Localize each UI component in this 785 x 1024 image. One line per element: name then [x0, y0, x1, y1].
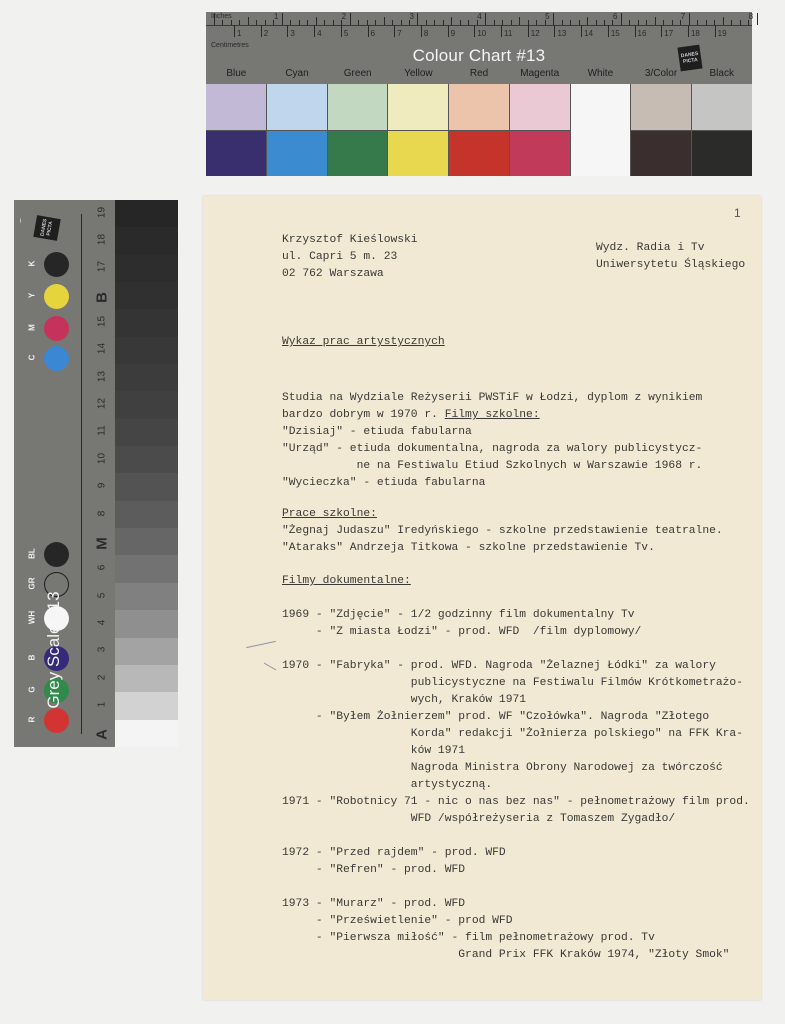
swatch-label: Cyan — [267, 68, 328, 84]
ruler-cm-number: 18 — [691, 29, 700, 38]
swatch-dark — [449, 131, 509, 177]
grey-scale-number: 18 — [97, 230, 108, 250]
color-dot-label: R — [28, 712, 37, 728]
ruler-tick — [314, 25, 315, 37]
colour-swatches — [206, 84, 752, 176]
ruler-tick — [341, 25, 342, 37]
ruler-tick — [688, 25, 689, 37]
ruler-tick — [460, 20, 461, 25]
swatch-light — [510, 84, 570, 130]
ruler-cm-number: 10 — [477, 29, 486, 38]
ruler-tick — [715, 25, 716, 37]
swatch-black — [692, 84, 752, 176]
color-dot-label: K — [28, 256, 37, 272]
ruler-inch-number: 7 — [681, 12, 685, 21]
studies-line-1: Studia na Wydziale Reżyserii PWSTiF w Ło… — [282, 390, 702, 407]
ruler-tick — [604, 20, 605, 25]
grey-scale-number: 1 — [97, 694, 108, 714]
swatch-dark — [692, 131, 752, 177]
ruler-tick — [468, 20, 469, 25]
grey-scale-number: 12 — [97, 394, 108, 414]
ruler-tick — [443, 20, 444, 25]
swatch-red — [449, 84, 509, 176]
ruler-cm-number: 9 — [451, 29, 455, 38]
color-dot-m — [44, 316, 69, 341]
grey-step — [115, 255, 178, 282]
ruler-tick — [494, 20, 495, 25]
ruler-tick — [635, 25, 636, 37]
grey-step — [115, 364, 178, 391]
pencil-mark — [246, 641, 276, 648]
typewritten-page: 1 Krzysztof Kieślowskiul. Capri 5 m. 230… — [203, 196, 761, 1000]
ruler-tick — [316, 17, 317, 25]
swatch-magenta — [510, 84, 570, 176]
text-line: - "Prześwietlenie" - prod WFD — [282, 913, 750, 930]
swatch-label: Green — [327, 68, 388, 84]
school-works-heading: Prace szkolne: — [282, 506, 377, 523]
swatch-label: White — [570, 68, 631, 84]
ruler-tick — [587, 17, 588, 25]
color-dot-label: M — [28, 320, 37, 336]
text-line — [282, 828, 750, 845]
ruler-cm-number: 7 — [397, 29, 401, 38]
ruler-cm-number: 19 — [718, 29, 727, 38]
grey-step — [115, 337, 178, 364]
grey-step — [115, 227, 178, 254]
ruler-cm-number: 17 — [664, 29, 673, 38]
text-line: 1969 - "Zdjęcie" - 1/2 godzinny film dok… — [282, 607, 750, 624]
grey-step — [115, 501, 178, 528]
ruler-cm-number: 11 — [504, 29, 512, 38]
grey-steps — [115, 200, 178, 747]
ruler-tick — [655, 17, 656, 25]
ruler-tick — [723, 17, 724, 25]
ruler-tick — [562, 20, 563, 25]
ruler-tick — [231, 20, 232, 25]
grey-step — [115, 583, 178, 610]
ruler-cm-number: 15 — [611, 29, 620, 38]
text-line — [282, 879, 750, 896]
swatch-white — [571, 84, 631, 176]
grey-step — [115, 528, 178, 555]
ruler-tick — [672, 20, 673, 25]
ruler-cm-number: 16 — [638, 29, 647, 38]
swatch-dark — [267, 131, 327, 177]
ruler-tick — [368, 25, 369, 37]
swatch-label: Magenta — [509, 68, 570, 84]
color-dot-y — [44, 284, 69, 309]
grey-scale-number: 14 — [97, 339, 108, 359]
ruler-tick — [358, 20, 359, 25]
grey-scale-number: 17 — [97, 257, 108, 277]
text-line: publicystyczne na Festiwalu Filmów Krótk… — [282, 675, 750, 692]
color-dot-c — [44, 346, 69, 371]
ruler-inch-number: 2 — [342, 12, 346, 21]
grey-step — [115, 419, 178, 446]
text-line: "Dzisiaj" - etiuda fabularna — [282, 424, 702, 441]
ruler-tick — [392, 20, 393, 25]
grey-step — [115, 555, 178, 582]
ruler-cm-number: 2 — [264, 29, 268, 38]
text-line: 1970 - "Fabryka" - prod. WFD. Nagroda "Ż… — [282, 658, 750, 675]
grey-step — [115, 665, 178, 692]
grey-step — [115, 309, 178, 336]
ruler-inch-number: 8 — [749, 12, 753, 21]
grey-scale-number: 19 — [97, 202, 108, 222]
ruler-tick — [519, 17, 520, 25]
ruler-tick — [629, 20, 630, 25]
ruler-tick — [234, 25, 235, 37]
color-dot-bl — [44, 542, 69, 567]
ruler-tick — [536, 20, 537, 25]
ruler-tick — [222, 20, 223, 25]
ruler-cm-number: 8 — [424, 29, 428, 38]
ruler-tick — [661, 25, 662, 37]
grey-scale-number: 8 — [97, 503, 108, 523]
ruler-tick — [375, 20, 376, 25]
swatch-light — [388, 84, 448, 130]
color-dot-k — [44, 252, 69, 277]
ruler-tick — [608, 25, 609, 37]
grey-scale-number: 2 — [97, 667, 108, 687]
swatch-dark — [631, 131, 691, 177]
ruler-tick — [417, 13, 418, 25]
swatch-3-color — [631, 84, 691, 176]
text-line: Wydz. Radia i Tv — [596, 240, 745, 257]
text-line: - "Byłem Żołnierzem" prod. WF "Czołówka"… — [282, 709, 750, 726]
grey-step — [115, 200, 178, 227]
swatch-light — [449, 84, 509, 130]
grey-step — [115, 473, 178, 500]
colour-chart-title: Colour Chart #13 — [206, 46, 752, 66]
ruler-tick — [689, 13, 690, 25]
text-line: - "Refren" - prod. WFD — [282, 862, 750, 879]
color-dot-label: Y — [28, 288, 37, 304]
ruler-tick — [324, 20, 325, 25]
ruler-tick — [570, 20, 571, 25]
colour-chart: Inches 123456781234567891011121314151617… — [206, 12, 752, 176]
text-line: Grand Prix FFK Kraków 1974, "Złoty Smok" — [282, 947, 750, 964]
grey-step — [115, 692, 178, 719]
text-line — [282, 641, 750, 658]
text-line: "Urząd" - etiuda dokumentalna, nagroda z… — [282, 441, 702, 458]
color-dot-label: B — [28, 650, 37, 666]
grey-step — [115, 446, 178, 473]
ruler-tick — [501, 25, 502, 37]
text-line: Nagroda Ministra Obrony Narodowej za twó… — [282, 760, 750, 777]
studies-text: bardzo dobrym w 1970 r. — [282, 409, 445, 421]
text-line: ków 1971 — [282, 743, 750, 760]
ruler-tick — [553, 13, 554, 25]
ruler-tick — [474, 25, 475, 37]
ruler-inch-number: 6 — [613, 12, 617, 21]
text-line: Korda" redakcji "Żołnierza polskiego" na… — [282, 726, 750, 743]
ruler-tick — [621, 13, 622, 25]
swatch-green — [328, 84, 388, 176]
ruler-tick — [256, 20, 257, 25]
ruler-tick — [646, 20, 647, 25]
ruler-inch-number: 5 — [545, 12, 549, 21]
text-line: wych, Kraków 1971 — [282, 692, 750, 709]
recipient-address: Wydz. Radia i TvUniwersytetu Śląskiego — [596, 240, 745, 274]
ruler-cm-number: 1 — [237, 29, 241, 38]
swatch-label: Yellow — [388, 68, 449, 84]
ruler-tick — [307, 20, 308, 25]
ruler-tick — [248, 17, 249, 25]
ruler-tick — [554, 25, 555, 37]
grey-scale-number: 9 — [97, 476, 108, 496]
page-number: 1 — [734, 206, 741, 220]
ruler-cm-number: 6 — [371, 29, 375, 38]
ruler-tick — [502, 20, 503, 25]
swatch-light — [631, 84, 691, 130]
pencil-mark — [264, 663, 277, 671]
grey-step — [115, 610, 178, 637]
color-dot-label: BL — [28, 546, 37, 562]
grey-scale-number: B — [94, 287, 111, 307]
grey-scale-title: Grey Scale #13 — [44, 570, 64, 730]
ruler-cm-number: 12 — [531, 29, 540, 38]
documentaries-list: 1969 - "Zdjęcie" - 1/2 godzinny film dok… — [282, 607, 750, 964]
ruler-tick — [299, 20, 300, 25]
swatch-dark — [388, 131, 448, 177]
ruler-tick — [638, 20, 639, 25]
ruler-tick — [426, 20, 427, 25]
grey-scale-number: 13 — [97, 366, 108, 386]
text-line: Krzysztof Kieślowski — [282, 232, 418, 249]
ruler-tick — [384, 17, 385, 25]
swatch-label: Red — [449, 68, 510, 84]
text-line: ne na Festiwalu Etiud Szkolnych w Warsza… — [282, 458, 702, 475]
color-dot-label: GR — [28, 576, 37, 592]
ruler-cm-number: 13 — [557, 29, 566, 38]
ruler-tick — [663, 20, 664, 25]
grey-scale-divider — [81, 214, 82, 734]
ruler-tick — [394, 25, 395, 37]
ruler-tick — [731, 20, 732, 25]
text-line: 1973 - "Murarz" - prod. WFD — [282, 896, 750, 913]
ruler-tick — [596, 20, 597, 25]
swatch-dark — [328, 131, 388, 177]
ruler-inch-number: 3 — [409, 12, 413, 21]
grey-scale-number: 5 — [97, 585, 108, 605]
ruler-inch-number: 1 — [274, 12, 278, 21]
swatch-label: Black — [691, 68, 752, 84]
ruler-tick — [239, 20, 240, 25]
grey-scale-number: 10 — [97, 448, 108, 468]
ruler-inch-number: 4 — [477, 12, 481, 21]
brand-logo: DANES PICTA — [33, 215, 60, 241]
swatch-label: Blue — [206, 68, 267, 84]
ruler-tick — [757, 13, 758, 25]
grey-step — [115, 391, 178, 418]
text-line: "Ataraks" Andrzeja Titkowa - szkolne prz… — [282, 540, 723, 557]
text-line: Uniwersytetu Śląskiego — [596, 257, 745, 274]
swatch-label: 3/Color — [631, 68, 692, 84]
ruler-tick — [290, 20, 291, 25]
grey-scale-number: A — [94, 725, 111, 745]
ruler-tick — [579, 20, 580, 25]
grey-scale-number: 3 — [97, 640, 108, 660]
ruler-tick — [451, 17, 452, 25]
school-films-heading: Filmy szkolne: — [445, 409, 540, 421]
ruler: Inches 123456781234567891011121314151617… — [206, 12, 752, 48]
text-line: "Wycieczka" - etiuda fabularna — [282, 475, 702, 492]
ruler-tick — [697, 20, 698, 25]
ruler-tick — [528, 25, 529, 37]
text-line: 02 762 Warszawa — [282, 266, 418, 283]
text-line: WFD /współreżyseria z Tomaszem Zygadło/ — [282, 811, 750, 828]
swatch-light — [692, 84, 752, 130]
swatch-light — [206, 84, 266, 130]
grey-step — [115, 282, 178, 309]
grey-scale-number: 6 — [97, 558, 108, 578]
ruler-cm-number: 3 — [290, 29, 294, 38]
ruler-tick — [421, 25, 422, 37]
ruler-tick — [485, 13, 486, 25]
grey-scale-number: M — [94, 533, 111, 553]
ruler-tick — [333, 20, 334, 25]
ruler-tick — [448, 25, 449, 37]
ruler-cm-number: 4 — [317, 29, 321, 38]
swatch-dark — [510, 131, 570, 177]
color-dot-label: WH — [28, 610, 37, 626]
school-films-list: "Dzisiaj" - etiuda fabularna"Urząd" - et… — [282, 424, 702, 492]
ruler-cm-number: 5 — [344, 29, 348, 38]
documentaries-heading: Filmy dokumentalne: — [282, 573, 411, 590]
ruler-tick — [287, 25, 288, 37]
text-line: 1971 - "Robotnicy 71 - nic o nas bez nas… — [282, 794, 750, 811]
color-dot-label: G — [28, 682, 37, 698]
studies-line-2: bardzo dobrym w 1970 r. Filmy szkolne: — [282, 407, 540, 424]
grey-scale-number: 15 — [97, 312, 108, 332]
ruler-tick — [261, 25, 262, 37]
swatch-dark — [206, 131, 266, 177]
fine-print: ••• — [18, 218, 23, 222]
text-line: - "Pierwsza miłość" - film pełnometrażow… — [282, 930, 750, 947]
ruler-tick — [401, 20, 402, 25]
text-line: "Żegnaj Judaszu" Iredyńskiego - szkolne … — [282, 523, 723, 540]
sender-address: Krzysztof Kieślowskiul. Capri 5 m. 2302 … — [282, 232, 418, 283]
swatch-cyan — [267, 84, 327, 176]
ruler-cm-number: 14 — [584, 29, 593, 38]
grey-step — [115, 720, 178, 747]
ruler-tick — [265, 20, 266, 25]
swatch-labels: BlueCyanGreenYellowRedMagentaWhite3/Colo… — [206, 68, 752, 84]
grey-scale-chart: ••• DANES PICTA KYMCBLGRWHBGR Grey Scale… — [14, 200, 178, 747]
document-title: Wykaz prac artystycznych — [282, 334, 445, 351]
ruler-tick — [511, 20, 512, 25]
ruler-tick — [214, 13, 215, 25]
swatch-light — [328, 84, 388, 130]
text-line: 1972 - "Przed rajdem" - prod. WFD — [282, 845, 750, 862]
grey-scale-number: 11 — [97, 421, 108, 441]
text-line: artystyczną. — [282, 777, 750, 794]
ruler-tick — [740, 20, 741, 25]
text-line: ul. Capri 5 m. 23 — [282, 249, 418, 266]
ruler-tick — [581, 25, 582, 37]
school-works-list: "Żegnaj Judaszu" Iredyńskiego - szkolne … — [282, 523, 723, 557]
grey-scale-number: 4 — [97, 612, 108, 632]
swatch-light — [267, 84, 327, 130]
grey-step — [115, 638, 178, 665]
ruler-tick — [282, 13, 283, 25]
ruler-tick — [350, 13, 351, 25]
color-dot-label: C — [28, 350, 37, 366]
swatch-blue — [206, 84, 266, 176]
ruler-tick — [434, 20, 435, 25]
text-line: - "Z miasta Łodzi" - prod. WFD /film dyp… — [282, 624, 750, 641]
ruler-tick — [706, 20, 707, 25]
swatch-yellow — [388, 84, 448, 176]
swatch-white — [571, 84, 631, 176]
